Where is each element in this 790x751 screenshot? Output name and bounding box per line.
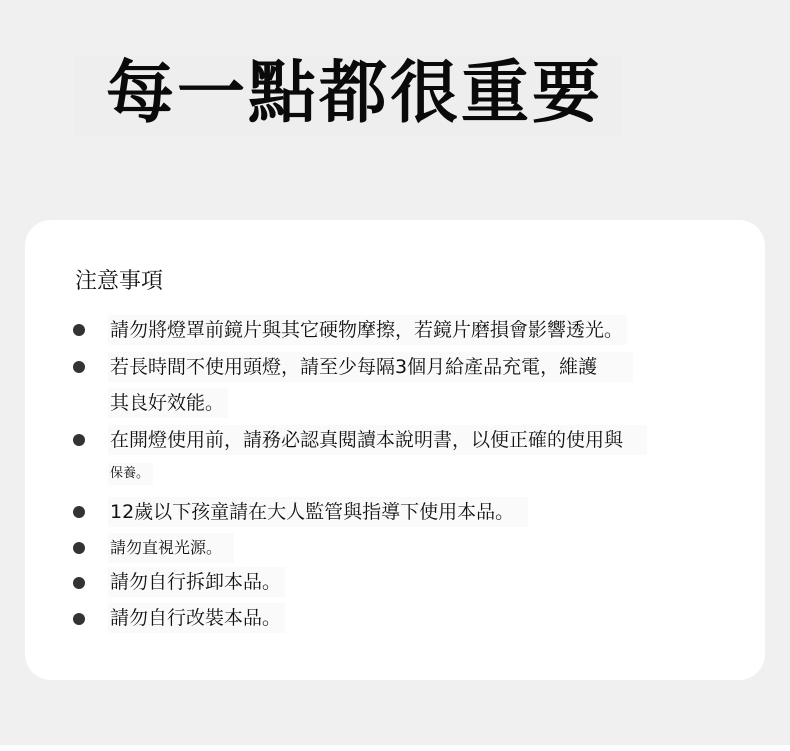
list-item-text: 請勿自行改裝本品。 (108, 603, 285, 633)
bullet-icon (73, 324, 85, 336)
bullet-icon (73, 434, 85, 446)
bullet-icon (73, 361, 85, 373)
list-item-text: 在開燈使用前，請務必認真閱讀本說明書，以便正確的使用與 (108, 425, 647, 455)
bullet-icon (73, 542, 85, 554)
bullet-icon (73, 613, 85, 625)
bullet-icon (73, 506, 85, 518)
list-item-text: 請勿直視光源。 (108, 533, 234, 563)
list-item-text-continued: 其良好效能。 (108, 388, 228, 418)
bottom-strip (0, 745, 790, 751)
list-item-text: 12歲以下孩童請在大人監管與指導下使用本品。 (108, 497, 528, 527)
page-title: 每一點都很重要 (106, 52, 603, 136)
list-item-text: 請勿自行拆卸本品。 (108, 567, 285, 597)
notice-heading: 注意事項 (75, 266, 163, 298)
list-item-text: 請勿將燈罩前鏡片與其它硬物摩擦，若鏡片磨損會影響透光。 (108, 315, 627, 345)
list-item-text: 若長時間不使用頭燈，請至少每隔3個月給產品充電，維護 (108, 352, 633, 382)
bullet-icon (73, 577, 85, 589)
list-item-text-continued: 保養。 (108, 463, 153, 485)
